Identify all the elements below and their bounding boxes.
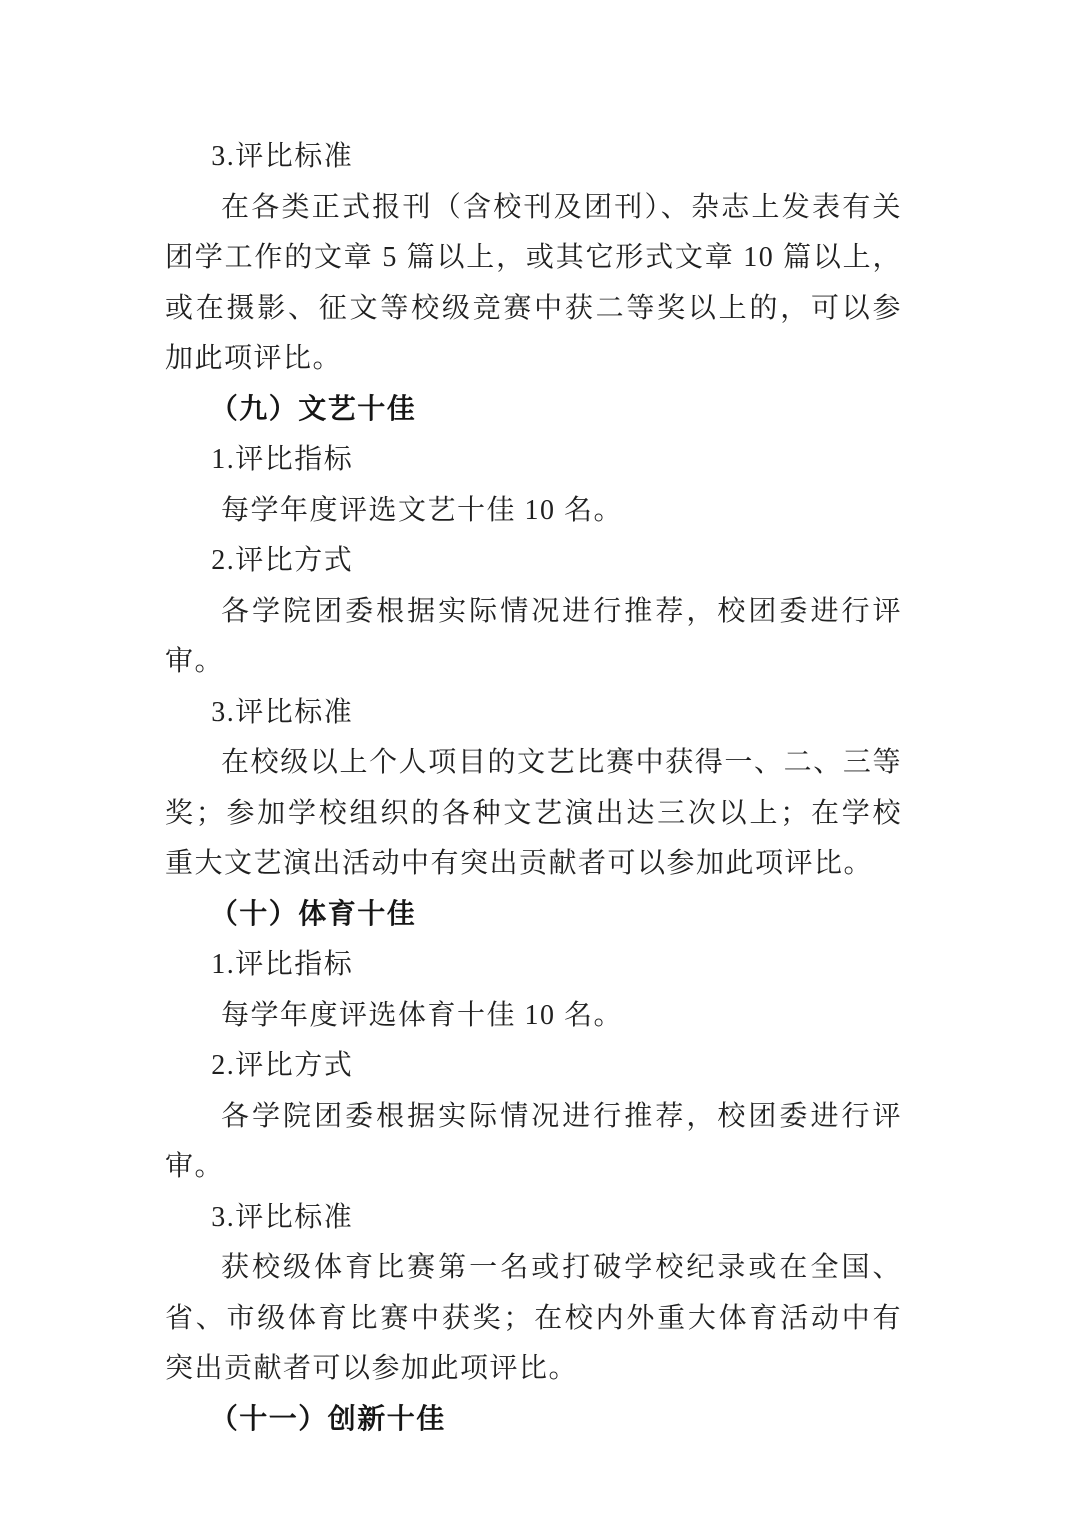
- body-paragraph: 各学院团委根据实际情况进行推荐，校团委进行评审。: [165, 587, 902, 688]
- section-heading-eleven: （十一）创新十佳: [165, 1395, 902, 1446]
- body-paragraph: 每学年度评选文艺十佳 10 名。: [165, 486, 902, 537]
- numbered-item-method: 2.评比方式: [165, 536, 902, 587]
- numbered-item-criteria: 3.评比标准: [165, 1193, 902, 1244]
- body-paragraph: 各学院团委根据实际情况进行推荐，校团委进行评审。: [165, 1092, 902, 1193]
- numbered-item-criteria: 3.评比标准: [165, 688, 902, 739]
- body-paragraph: 在校级以上个人项目的文艺比赛中获得一、二、三等奖；参加学校组织的各种文艺演出达三…: [165, 738, 902, 890]
- document-page: 3.评比标准 在各类正式报刊（含校刊及团刊）、杂志上发表有关团学工作的文章 5 …: [0, 0, 1074, 1520]
- body-paragraph: 获校级体育比赛第一名或打破学校纪录或在全国、省、市级体育比赛中获奖；在校内外重大…: [165, 1243, 902, 1395]
- body-paragraph: 在各类正式报刊（含校刊及团刊）、杂志上发表有关团学工作的文章 5 篇以上，或其它…: [165, 183, 902, 385]
- section-heading-nine: （九）文艺十佳: [165, 385, 902, 436]
- numbered-item-criteria: 3.评比标准: [165, 132, 902, 183]
- numbered-item-indicator: 1.评比指标: [165, 435, 902, 486]
- body-paragraph: 每学年度评选体育十佳 10 名。: [165, 991, 902, 1042]
- numbered-item-indicator: 1.评比指标: [165, 940, 902, 991]
- numbered-item-method: 2.评比方式: [165, 1041, 902, 1092]
- document-content: 3.评比标准 在各类正式报刊（含校刊及团刊）、杂志上发表有关团学工作的文章 5 …: [165, 132, 902, 1445]
- section-heading-ten: （十）体育十佳: [165, 890, 902, 941]
